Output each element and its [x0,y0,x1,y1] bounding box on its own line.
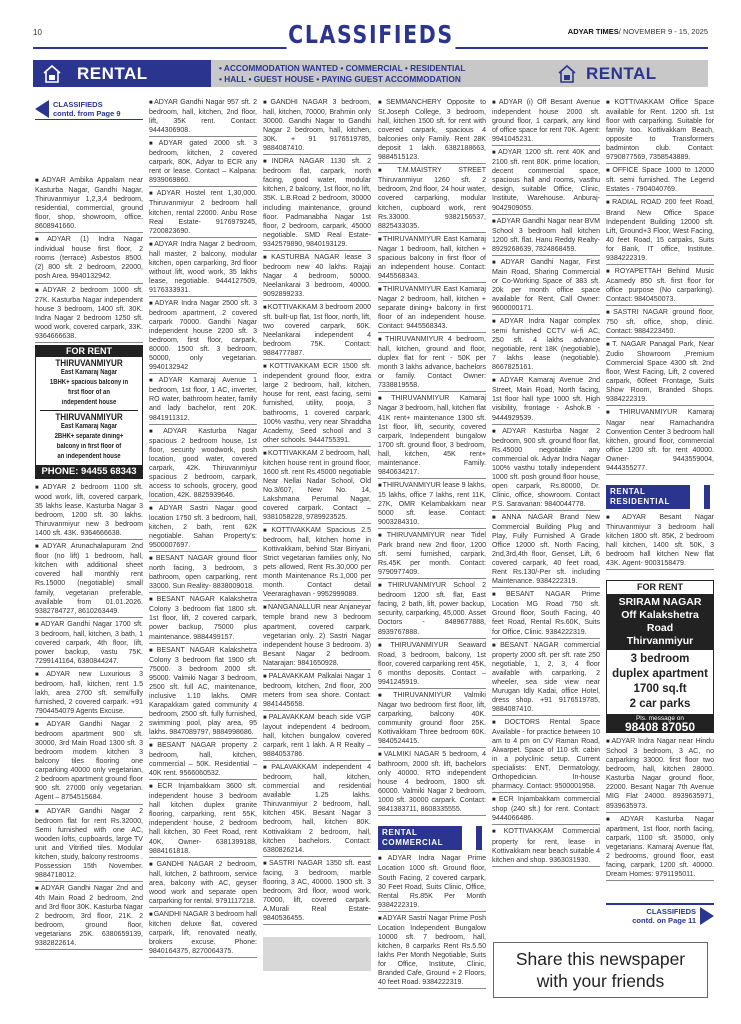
publication-name: ADYAR TIMES [568,27,619,36]
section-heading-line: RENTAL [610,487,686,497]
masthead: 10 CLASSIFIEDS ADYAR TIMES/ NOVEMBER 9 -… [33,20,708,50]
classified-ad: ADYAR (i) Off Besant Avenue independent … [492,98,600,146]
contd-on-page: contd. on Page 11 [632,916,696,925]
arrow-right-icon [700,907,714,925]
banner-left: RENTAL [33,60,211,87]
display-ad-line: Thirvanmiyur [607,635,713,648]
classified-ad: ADYAR gated 2000 sft. 3 bedroom, kitchen… [149,139,257,187]
classified-ad: SASTRI NAGAR 1350 sft. east facing, 3 be… [263,859,371,925]
section-heading-rental-residential: RENTAL RESIDENTIAL [606,485,714,509]
section-heading-rental-commercial: RENTAL COMMERCIAL [378,826,486,850]
contd-from-label: CLASSIFIEDS [53,100,121,109]
classified-ad: ADYAR Sastri Nagar Prime Posh Location I… [378,914,486,989]
display-ad-line: an independent house [44,452,134,462]
display-ad-phone: PHONE: 94455 68343 [36,465,142,478]
classified-ad: ADYAR Gandhi Nagar 2 bedroom flat for re… [35,807,143,882]
issue-info: ADYAR TIMES/ NOVEMBER 9 - 15, 2025 [568,27,708,36]
classified-ad: ANNA NAGAR Brand New Commercial Building… [492,513,600,588]
display-ad-line: SRIRAM NAGAR [607,596,713,609]
categories-line-2: • HALL • GUEST HOUSE • PAYING GUEST ACCO… [219,74,548,85]
display-ad-location: THIRUVANMIYUR [41,359,136,368]
column-6: KOTTIVAKKAM Office Space available for R… [606,98,714,925]
classified-ad: NANGANALLUR near Anjaneyar temple brand … [263,603,371,669]
classified-ad: PALAVAKKAM Palkalai Nagar 1 bedroom, kit… [263,672,371,711]
classified-ad: INDRA NAGAR 1130 sft. 2 bedroom flat, ca… [263,157,371,250]
categories-line-1: • ACCOMMODATION WANTED • COMMERCIAL • RE… [219,63,548,74]
classified-ad: BESANT NAGAR Kalakshetra Colony 3 bedroo… [149,646,257,739]
classified-ad: ADYAR Kamaraj Avenue 1 bedroom, 1st floo… [149,376,257,424]
classified-ad: THIRUVANMIYUR Seaward Road, 3 bedroom, b… [378,641,486,689]
classified-ad: BESANT NAGAR commercial property 2000 sf… [492,641,600,716]
classified-ad: VALMIKI NAGAR 5 bedroom, 4 bathroom, 200… [378,750,486,816]
classified-ad: OFFICE Space 1000 to 12000 sft. semi fur… [606,166,714,196]
classified-ad: ECR Injambakkam commercial shop (240 sft… [492,795,600,825]
classified-ad: ADYAR Kasturba Nagar 2 bedroom, 900 sft.… [492,427,600,511]
classified-ad: ADYAR Gandhi Nagar 2 bedroom apartment 9… [35,720,143,804]
classified-ad: THIRUVANMIYUR East Kamaraj Nagar 2 bedro… [378,285,486,333]
banner-right-label: RENTAL [586,64,657,84]
column-3: GANDHI NAGAR 3 bedroom, hall, kitchen, 7… [263,98,371,971]
share-newspaper-box: Share this newspaper with your friends [493,942,708,998]
display-ad-line: East Kamaraj Nagar [44,368,134,378]
display-ad-line: first floor of an [44,388,134,398]
classified-ad: THIRUVANMIYUR Kamaraj Nagar near Ramacha… [606,408,714,474]
classified-ad: BESANT NAGAR Prime Location MG Road 750 … [492,590,600,638]
classified-ad: ADYAR Gandhi Nagar 1700 sft. 3 bedroom, … [35,620,143,668]
classified-ad: SEMMANCHERY Opposite to St.Joseph Colleg… [378,98,486,164]
classified-ad: KOTTIVAKKAM Spacious 2.5 bedroom, hall, … [263,526,371,601]
display-ad-line: Off Kalakshetra Road [607,609,713,635]
classified-ad: ADYAR Gandhi Nagar 957 sft. 2 bedroom, h… [149,98,257,137]
blank-ad-space [263,937,371,971]
classified-ad: ADYAR Besant Nagar Thiruvanmiyur 3 bedro… [606,513,714,570]
page-title: CLASSIFIEDS [286,20,455,50]
classified-ad: KOTTIVAKKAM Office Space available for R… [606,98,714,164]
classified-ad: ADYAR Indra Nagar near Hindu School 3 be… [606,737,714,812]
display-ad-sriram-nagar: FOR RENT SRIRAM NAGAR Off Kalakshetra Ro… [606,580,714,733]
classified-ad: T.M.MAISTRY STREET Thiruvanmiyur 1260 sf… [378,166,486,232]
display-ad-line: duplex apartment [607,667,713,682]
house-icon [41,63,63,85]
display-ad-line: 3 bedroom [607,652,713,667]
classified-ad: THIRUVANMIYUR East Kamaraj Nagar 1 bedro… [378,235,486,283]
classified-ad: KOTTIVAKKAM 2 bedroom, hall, kitchen hou… [263,449,371,524]
classified-ad: KASTURBA NAGAR lease 3 bedroom new 40 la… [263,253,371,301]
classified-ad: ADYAR (1) Indra Nagar individual house f… [35,235,143,283]
classified-ad: ADYAR 2 bedroom 1100 sft. wood work, lif… [35,483,143,540]
column-1: CLASSIFIEDS contd. from Page 9 ADYAR Amb… [35,98,143,952]
banner-left-label: RENTAL [77,64,148,84]
display-ad-line: East Kamaraj Nagar [44,422,134,432]
classified-ad: THIRUVANMIYUR lease 9 lakhs, 15 lakhs, o… [378,481,486,529]
classified-ad: ADYAR Indra Nagar Prime Location 1000 sf… [378,854,486,911]
classified-ad: ROYAPETTAH Behind Music Acamedy 850 sft.… [606,267,714,306]
share-line-2: with your friends [494,970,707,992]
classified-ad: DOCTORS Rental Space Available - for pra… [492,718,600,793]
arrow-left-icon [35,100,49,118]
classified-ad: ADYAR Indra Nagar 2 bedroom, hall master… [149,240,257,297]
section-heading-bar [704,485,710,509]
classified-ad: ADYAR Hostel rent 1,30,000. Thiruvanmiyu… [149,189,257,237]
share-line-1: Share this newspaper [494,948,707,970]
display-ad-line: 1BHK+ spacious balcony in [44,378,134,388]
classified-ad: BESANT NAGAR property 2 bedroom, hall, k… [149,741,257,780]
classified-ad: PALAVAKKAM independent 4 bedroom, hall, … [263,763,371,856]
contd-from-page-9[interactable]: CLASSIFIEDS contd. from Page 9 [35,98,143,120]
classified-ad: ADYAR new Luxurious 3 bedroom, hall, kit… [35,670,143,718]
classified-ad: PALAVAKKAM beach side VGP layout indepen… [263,713,371,761]
contd-on-label: CLASSIFIEDS [632,907,696,916]
contd-from-page: contd. from Page 9 [53,109,121,118]
classified-ad: SASTRI NAGAR ground floor, 750 sft. offi… [606,308,714,338]
classified-ad: ADYAR Kasturba Nagar spacious 2 bedroom … [149,427,257,502]
classified-ad: ADYAR Indra Nagar complex semi furnished… [492,317,600,374]
classified-ad: ADYAR Ambika Appalam near Kasturba Nagar… [35,176,143,233]
classified-ad: ADYAR 1200 sft. rent 40K and 2100 sft. r… [492,148,600,214]
classified-ad: GANDHI NAGAR 2 bedroom, hall, kitchen, 2… [149,860,257,908]
classified-ad: THIRUVANMIYUR Kamaraj Nagar 3 bedroom, h… [378,394,486,478]
column-2: ADYAR Gandhi Nagar 957 sft. 2 bedroom, h… [149,98,257,960]
display-ad-line: 2BHK+ separate dining+ [44,432,134,442]
classified-ad: ADYAR Indra Nagar 2500 sft. 3 bedroom ap… [149,299,257,374]
classified-ad: KOTTIVAKKAM 3 bedroom 2000 sft. built-up… [263,303,371,360]
classified-ad: ADYAR Gandhi Nagar 2nd and 4th Main Road… [35,884,143,950]
classified-ad: GANDHI NAGAR 3 bedroom hall kitchen delu… [149,910,257,958]
classified-ad: THIRUVANMIYUR Valmiki Nagar two bedroom … [378,691,486,748]
classified-ad: ADYAR Arunachalapuram 2nd floor (no lift… [35,542,143,617]
classified-ad: ADYAR 2 bedroom 1000 sft. 27K. Kasturba … [35,286,143,343]
display-ad-line: independent house [44,398,134,408]
classified-ad: THIRUVANMIYUR 4 bedroom, hall, kitchen, … [378,335,486,392]
classified-ad: ADYAR Sastri Nagar good location 1750 sf… [149,504,257,552]
house-icon [556,63,578,85]
display-ad-line: 1700 sq.ft [607,682,713,697]
display-ad-line: balcony in first floor of [44,442,134,452]
column-5: ADYAR (i) Off Besant Avenue independent … [492,98,600,869]
contd-on-page-11[interactable]: CLASSIFIEDS contd. on Page 11 [606,903,714,925]
section-heading-bar [476,826,482,850]
page-number: 10 [33,28,42,37]
classified-ad: BESANT NAGAR Kalakshetra Colony 3 bedroo… [149,595,257,643]
classified-ad: THIRUVANMIYUR School 2 bedroom 1200 sft.… [378,581,486,638]
classified-ad: ADYAR Gandhi Nagar near BVM School 3 bed… [492,217,600,256]
classified-ad: ADYAR Gandhi Nagar, First Main Road, Sha… [492,258,600,315]
display-ad-phone: 98408 87050 [607,723,713,732]
classified-ad: GANDHI NAGAR 3 bedroom, hall, kitchen, 7… [263,98,371,155]
classified-ad: ECR Injambakkam 3600 sft. independent ho… [149,782,257,857]
display-ad-thiruvanmiyur: FOR RENT THIRUVANMIYUR East Kamaraj Naga… [35,345,143,479]
classified-ad: RADIAL ROAD 200 feet Road, Brand New Off… [606,198,714,264]
classified-ad: BESANT NAGAR ground floor north facing, … [149,554,257,593]
classified-ad: ADYAR Kasturba Nagar apartment, 1st floo… [606,815,714,881]
display-ad-header: FOR RENT [607,581,713,594]
display-ad-line: 2 car parks [607,697,713,712]
issue-date: / NOVEMBER 9 - 15, 2025 [619,27,708,36]
classified-ad: T. NAGAR Panagal Park, Near Zudio Showro… [606,340,714,406]
section-heading-line: RESIDENTIAL [610,497,686,507]
classified-ad: KOTTIVAKKAM ECR 1500 sft. independent gr… [263,362,371,446]
column-4: SEMMANCHERY Opposite to St.Joseph Colleg… [378,98,486,991]
section-heading-line: COMMERCIAL [382,838,458,848]
banner-right: RENTAL [548,60,708,87]
classified-ad: ADYAR Kamaraj Avenue 2nd Street, Main Ro… [492,376,600,424]
banner-categories: • ACCOMMODATION WANTED • COMMERCIAL • RE… [211,60,548,87]
section-banner: RENTAL • ACCOMMODATION WANTED • COMMERCI… [33,60,708,87]
classified-ad: THIRUVANMIYUR near Tidel Park brand new … [378,531,486,579]
divider [40,410,138,411]
section-heading-line: RENTAL [382,828,458,838]
classified-ad: KOTTIVAKKAM Commercial property for rent… [492,827,600,866]
display-ad-header: FOR RENT [36,346,142,357]
display-ad-location: THIRUVANMIYUR [41,413,136,422]
